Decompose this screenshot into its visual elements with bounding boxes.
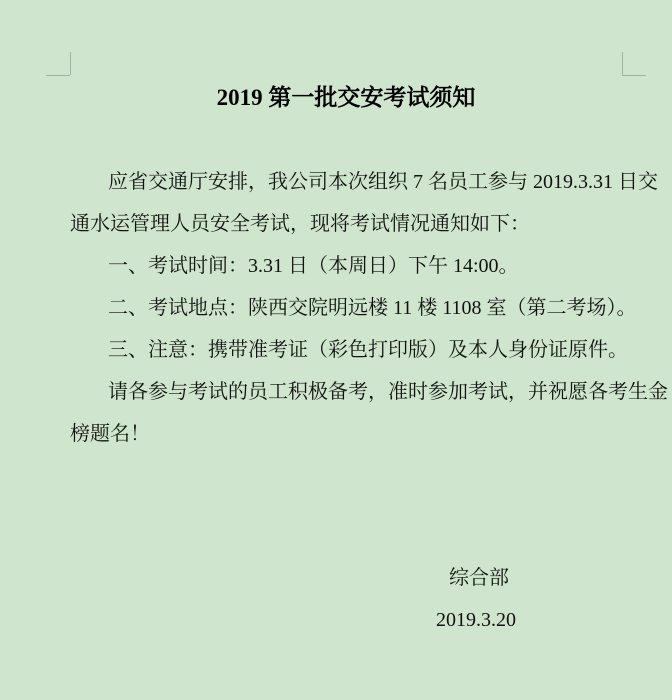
margin-mark-top-right-horizontal <box>622 75 646 76</box>
paragraph-3-line-1: 二、考试地点：陕西交院明远楼 11 楼 1108 室（第二考场）。 <box>70 287 622 329</box>
document-page[interactable]: 2019 第一批交安考试须知 应省交通厅安排，我公司本次组织 7 名员工参与 2… <box>0 0 672 700</box>
paragraph-5-line-1: 请各参与考试的员工积极备考，准时参加考试，并祝愿各考生金 <box>70 371 622 413</box>
paragraph-1-line-2: 通水运管理人员安全考试，现将考试情况通知如下： <box>70 203 622 245</box>
paragraph-5-line-2: 榜题名！ <box>70 413 622 455</box>
document-body: 应省交通厅安排，我公司本次组织 7 名员工参与 2019.3.31 日交通水运管… <box>70 161 622 455</box>
margin-mark-top-left-vertical <box>70 52 71 75</box>
paragraph-2-line-1: 一、考试时间：3.31 日（本周日）下午 14:00。 <box>70 245 622 287</box>
document-title: 2019 第一批交安考试须知 <box>70 75 622 121</box>
signature-date: 2019.3.20 <box>70 599 622 641</box>
signature-block: 综合部 2019.3.20 <box>70 557 622 641</box>
margin-mark-top-left-horizontal <box>46 75 70 76</box>
signature-department: 综合部 <box>70 557 622 599</box>
paragraph-4-line-1: 三、注意：携带准考证（彩色打印版）及本人身份证原件。 <box>70 329 622 371</box>
paragraph-1-line-1: 应省交通厅安排，我公司本次组织 7 名员工参与 2019.3.31 日交 <box>70 161 622 203</box>
margin-mark-top-right-vertical <box>622 52 623 75</box>
